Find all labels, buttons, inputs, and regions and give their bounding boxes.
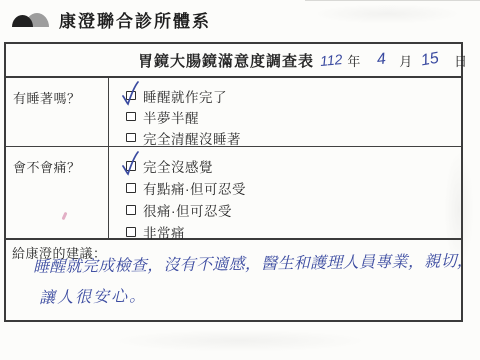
checkbox-icon	[126, 205, 136, 215]
date-day-handwritten: 15	[420, 50, 441, 71]
option-label: 有點痛·但可忍受	[143, 178, 246, 198]
option-half-asleep: 半夢半醒	[109, 106, 461, 127]
option-label: 很痛·但可忍受	[143, 200, 232, 220]
date-day-label: 日	[454, 51, 467, 70]
checkmark-icon	[120, 81, 140, 107]
scan-edge-line	[305, 0, 480, 1]
checkbox-icon	[126, 183, 136, 193]
option-label: 睡醒就作完了	[143, 86, 227, 106]
option-label: 完全清醒沒睡著	[143, 128, 241, 148]
question-2-label: 會不會痛？	[6, 147, 109, 238]
suggestion-row: 給康澄的建議： 睡醒就完成檢查，沒有不適感，醫生和護理人員專業，親切， 讓人很安…	[6, 240, 461, 318]
question-row-pain: 會不會痛？ 完全沒感覺	[6, 147, 461, 240]
scan-artifact	[444, 150, 474, 270]
clinic-name: 康澄聯合診所體系	[59, 7, 211, 32]
option-label: 半夢半醒	[143, 107, 199, 127]
date-year-handwritten: 112	[319, 51, 343, 69]
scan-artifact	[312, 4, 462, 24]
form-title-row: 胃鏡大腸鏡滿意度調查表 112 年 4 月 15 日	[6, 44, 461, 78]
checkbox-square-icon	[126, 133, 136, 143]
date-month-label: 月	[399, 51, 412, 70]
checkbox-square-icon	[126, 112, 136, 122]
checkbox-square-icon	[126, 227, 136, 237]
checkbox-icon	[126, 161, 136, 171]
option-slight-pain: 有點痛·但可忍受	[109, 177, 461, 199]
checkbox-square-icon	[126, 205, 136, 215]
clinic-logo-icon	[12, 10, 50, 30]
survey-table: 胃鏡大腸鏡滿意度調查表 112 年 4 月 15 日 有睡著嗎？ 睡醒就作完了	[4, 42, 463, 322]
handwritten-comment-line-2: 讓人很安心。	[39, 283, 147, 308]
option-no-feeling: 完全沒感覺	[109, 155, 461, 177]
scan-artifact	[110, 330, 370, 352]
checkmark-icon	[120, 151, 140, 177]
clinic-header: 康澄聯合診所體系	[12, 7, 211, 32]
checkbox-icon	[126, 91, 136, 101]
date-month-handwritten: 4	[376, 51, 387, 70]
scanned-survey-form: 康澄聯合診所體系 胃鏡大腸鏡滿意度調查表 112 年 4 月 15 日 有睡著嗎…	[0, 0, 480, 360]
question-2-options: 完全沒感覺 有點痛·但可忍受	[109, 147, 461, 238]
question-1-options: 睡醒就作完了 半夢半醒	[109, 78, 461, 146]
option-fully-awake: 完全清醒沒睡著	[109, 127, 461, 148]
checkbox-square-icon	[126, 183, 136, 193]
handwritten-comment-line-1: 睡醒就完成檢查，沒有不適感，醫生和護理人員專業，親切，	[33, 248, 473, 277]
checkbox-icon	[126, 227, 136, 237]
checkbox-icon	[126, 133, 136, 143]
form-title: 胃鏡大腸鏡滿意度調查表	[138, 50, 314, 71]
option-label: 完全沒感覺	[143, 156, 213, 176]
checkbox-icon	[126, 112, 136, 122]
option-woke-up-done: 睡醒就作完了	[109, 85, 461, 106]
date-year-label: 年	[347, 51, 360, 70]
option-very-painful: 很痛·但可忍受	[109, 199, 461, 221]
question-row-sleep: 有睡著嗎？ 睡醒就作完了	[6, 78, 461, 147]
question-1-label: 有睡著嗎？	[6, 78, 109, 146]
option-label: 非常痛	[143, 222, 185, 242]
